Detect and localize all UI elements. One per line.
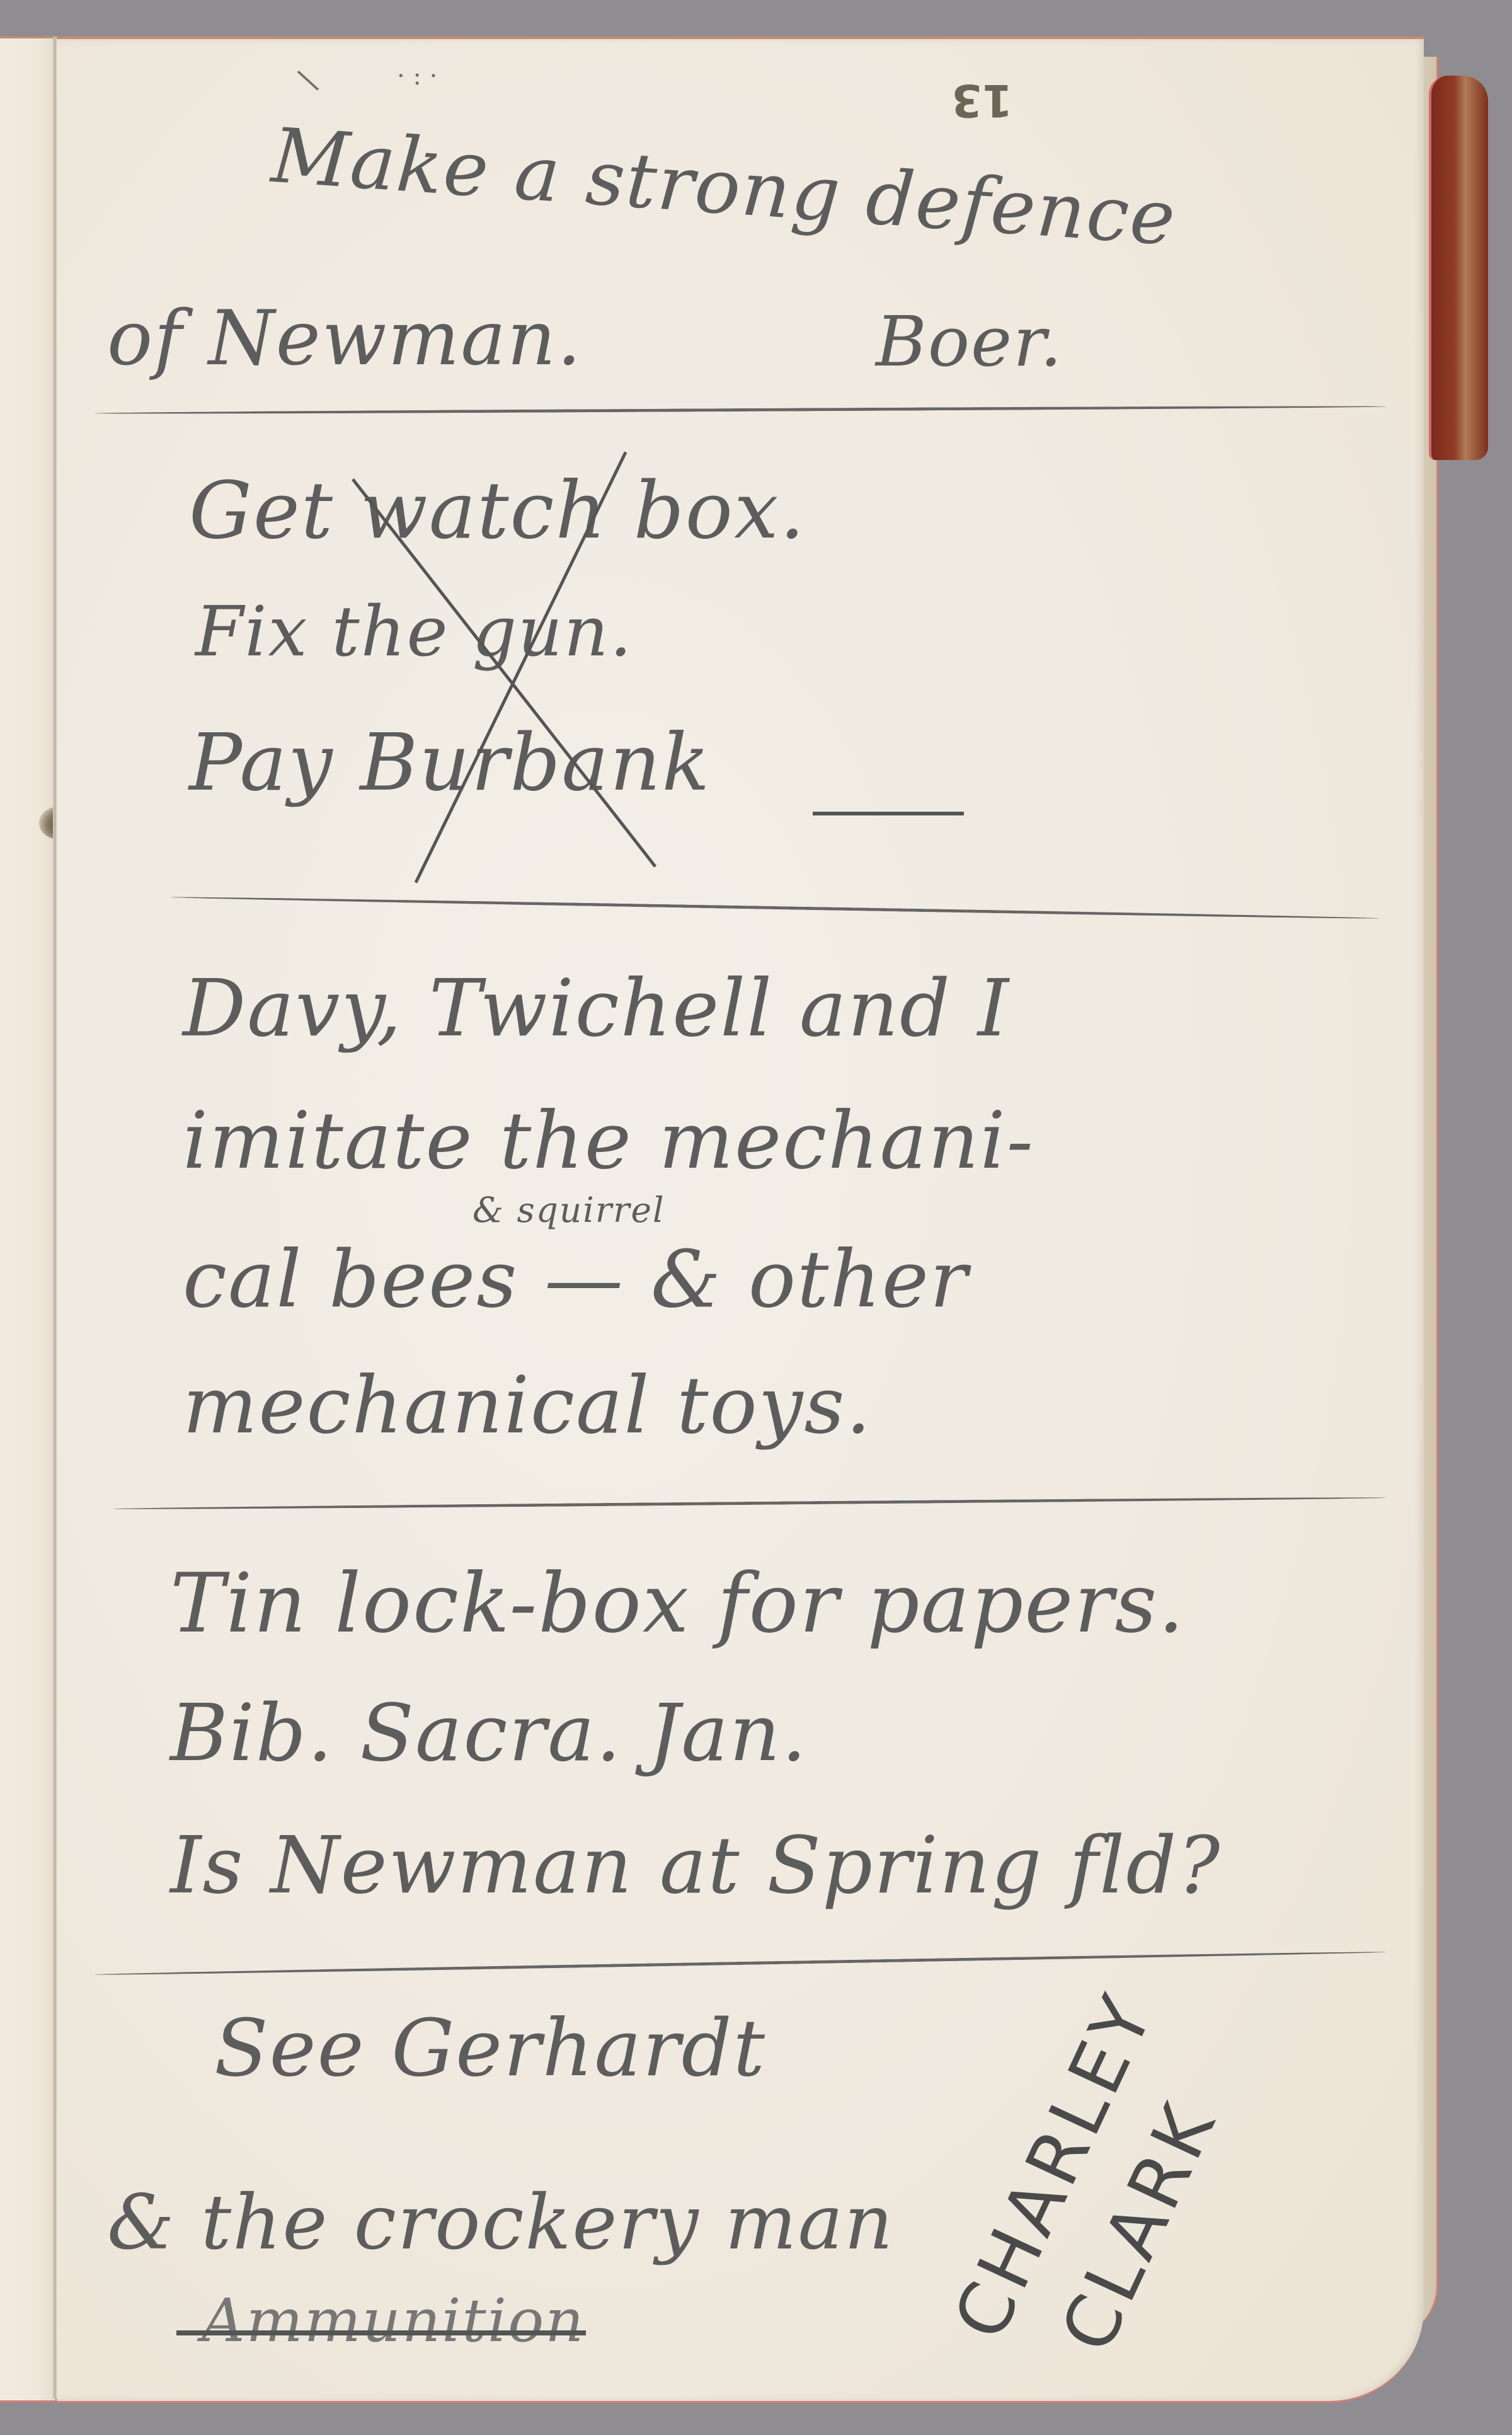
pencil-dots: · : · [397, 62, 437, 91]
note-line: Boer. [876, 301, 1063, 382]
page-content: 13 \ · : · Make a strong defence of Newm… [57, 37, 1424, 2398]
note-line: of Newman. [107, 295, 582, 383]
note-line: Make a strong defence [269, 112, 1179, 263]
note-line: & the crockery man [107, 2179, 894, 2267]
left-page-strip [0, 37, 55, 2402]
note-line: mechanical toys. [183, 1360, 872, 1451]
struck-line: Ammunition [202, 2286, 585, 2356]
note-line: Get watch box. [189, 465, 806, 556]
note-line: cal bees — & other [183, 1234, 969, 1325]
section-divider [113, 1496, 1386, 1511]
strike-through-stroke [176, 2330, 586, 2335]
leather-cover-tab [1429, 76, 1488, 460]
section-divider [170, 895, 1380, 920]
note-line: Tin lock-box for papers. [170, 1555, 1185, 1651]
page-number: 13 [951, 74, 1012, 126]
pencil-tick-mark: \ [294, 62, 322, 99]
interlinear-insertion: & squirrel [472, 1190, 665, 1230]
section-divider [94, 405, 1386, 415]
note-line: Pay Burbank [189, 717, 711, 809]
note-line: imitate the mechani- [183, 1095, 1034, 1187]
note-line: Bib. Sacra. Jan. [170, 1688, 808, 1779]
note-line: Is Newman at Spring fld? [170, 1820, 1221, 1911]
section-divider [94, 1950, 1386, 1976]
tail-stroke [813, 812, 964, 815]
note-line: Fix the gun. [195, 591, 633, 672]
note-line: See Gerhardt [214, 2003, 766, 2094]
note-line: Davy, Twichell and I [183, 963, 1010, 1054]
